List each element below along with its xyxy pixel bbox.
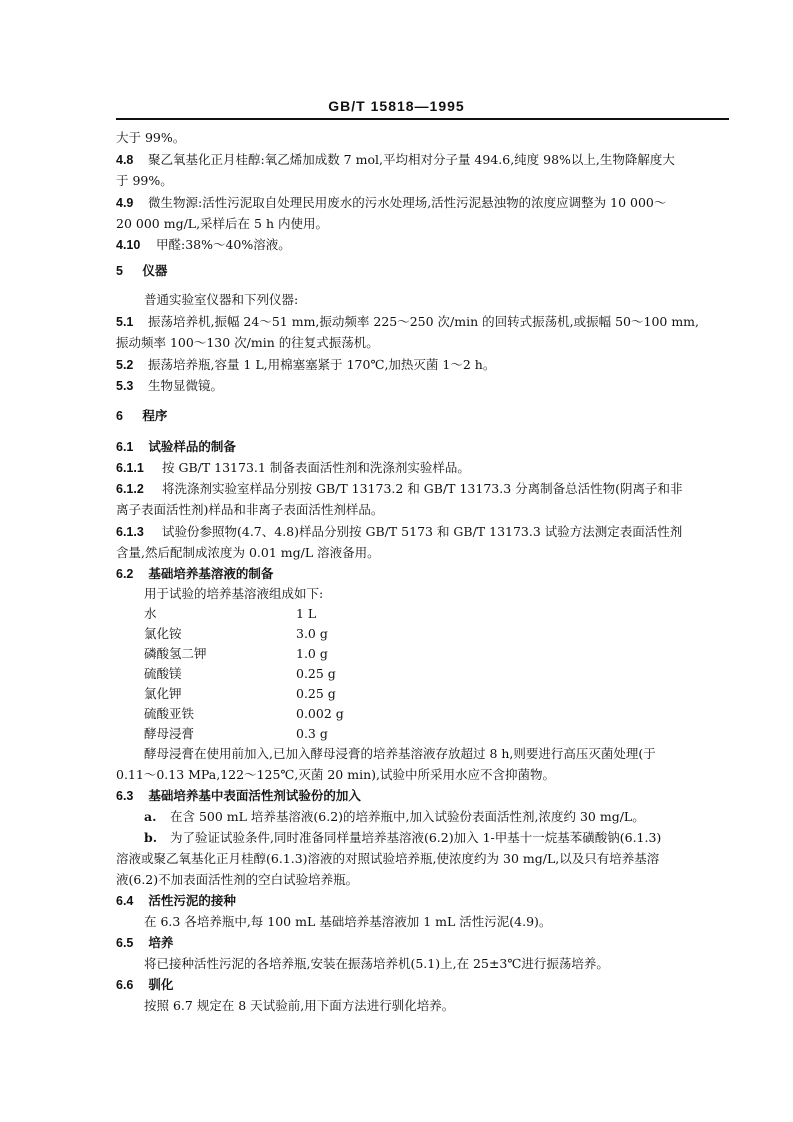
component-amount: 3.0 g (296, 626, 328, 642)
clause-number: 6.6 (116, 977, 144, 993)
text-line: 含量,然后配制成浓度为 0.01 mg/L 溶液备用。 (116, 545, 380, 561)
clause-number: 6.5 (116, 935, 144, 951)
text-line: 按照 6.7 规定在 8 天试验前,用下面方法进行驯化培养。 (144, 998, 454, 1014)
component-amount: 0.25 g (296, 686, 336, 702)
clause-number: 5.3 (116, 378, 144, 394)
text-line: 大于 99%。 (116, 130, 185, 146)
standard-code-header: GB/T 15818—1995 (0, 98, 793, 114)
clause-4-10: 4.10 甲醛:38%～40%溶液。 (116, 237, 291, 253)
clause-number: 5.1 (116, 314, 144, 330)
clause-text: 将洗涤剂实验室样品分别按 GB/T 13173.2 和 GB/T 13173.3… (162, 481, 683, 496)
section-6-heading: 6 程序 (116, 408, 167, 424)
section-5-heading: 5 仪器 (116, 263, 167, 279)
text-line: 在 6.3 各培养瓶中,每 100 mL 基础培养基溶液加 1 mL 活性污泥(… (144, 914, 551, 930)
list-item-b: b. 为了验证试验条件,同时准备同样量培养基溶液(6.2)加入 1-甲基十一烷基… (144, 830, 661, 846)
list-text: 在含 500 mL 培养基溶液(6.2)的培养瓶中,加入试验份表面活性剂,浓度约… (170, 809, 645, 824)
clause-6-3-heading: 6.3 基础培养基中表面活性剂试验份的加入 (116, 788, 361, 804)
clause-text: 微生物源:活性污泥取自处理民用废水的污水处理场,活性污泥悬浊物的浓度应调整为 1… (148, 195, 666, 210)
clause-number: 6.1 (116, 439, 144, 455)
text-line: 振动频率 100～130 次/min 的往复式振荡机。 (116, 335, 379, 351)
text-line: 将已接种活性污泥的各培养瓶,安装在振荡培养机(5.1)上,在 25±3℃进行振荡… (144, 956, 609, 972)
text-line: 液(6.2)不加表面活性剂的空白试验培养瓶。 (116, 872, 358, 888)
component-name: 硫酸镁 (144, 666, 182, 682)
component-amount: 1.0 g (296, 646, 328, 662)
text-line: 酵母浸膏在使用前加入,已加入酵母浸膏的培养基溶液存放超过 8 h,则要进行高压灭… (144, 746, 656, 762)
clause-number: 4.9 (116, 195, 144, 211)
clause-title: 基础培养基溶液的制备 (148, 566, 273, 581)
component-name: 水 (144, 606, 157, 622)
clause-6-5-heading: 6.5 培养 (116, 935, 173, 951)
clause-6-6-heading: 6.6 驯化 (116, 977, 173, 993)
text-line: 离子表面活性剂)样品和非离子表面活性剂样品。 (116, 502, 383, 518)
clause-text: 生物显微镜。 (148, 378, 223, 393)
component-amount: 1 L (296, 606, 316, 622)
clause-6-1-1: 6.1.1 按 GB/T 13173.1 制备表面活性剂和洗涤剂实验样品。 (116, 460, 470, 476)
list-label: b. (144, 830, 166, 846)
component-amount: 0.25 g (296, 666, 336, 682)
text-line: 溶液或聚乙氧基化正月桂醇(6.1.3)溶液的对照试验培养瓶,使浓度约为 30 m… (116, 851, 659, 867)
clause-text: 聚乙氧基化正月桂醇:氧乙烯加成数 7 mol,平均相对分子量 494.6,纯度 … (148, 152, 675, 167)
clause-text: 试验份参照物(4.7、4.8)样品分别按 GB/T 5173 和 GB/T 13… (162, 524, 682, 539)
clause-number: 6.3 (116, 788, 144, 804)
component-name: 硫酸亚铁 (144, 706, 194, 722)
document-page: GB/T 15818—1995 大于 99%。 4.8 聚乙氧基化正月桂醇:氧乙… (0, 0, 793, 1122)
clause-number: 6.1.3 (116, 524, 158, 540)
clause-number: 5.2 (116, 357, 144, 373)
section-number: 5 (116, 263, 138, 279)
clause-number: 6.1.1 (116, 460, 158, 476)
clause-title: 培养 (148, 935, 173, 950)
text-line: 普通实验室仪器和下列仪器: (144, 292, 298, 308)
clause-4-9: 4.9 微生物源:活性污泥取自处理民用废水的污水处理场,活性污泥悬浊物的浓度应调… (116, 195, 666, 211)
clause-title: 驯化 (148, 977, 173, 992)
list-item-a: a. 在含 500 mL 培养基溶液(6.2)的培养瓶中,加入试验份表面活性剂,… (144, 809, 645, 825)
text-line: 用于试验的培养基溶液组成如下: (144, 586, 323, 602)
component-name: 磷酸氢二钾 (144, 646, 207, 662)
clause-number: 6.2 (116, 566, 144, 582)
clause-text: 甲醛:38%～40%溶液。 (156, 237, 291, 252)
clause-number: 4.10 (116, 237, 152, 253)
section-title: 仪器 (142, 263, 167, 278)
list-text: 为了验证试验条件,同时准备同样量培养基溶液(6.2)加入 1-甲基十一烷基苯磺酸… (170, 830, 661, 845)
clause-4-8: 4.8 聚乙氧基化正月桂醇:氧乙烯加成数 7 mol,平均相对分子量 494.6… (116, 152, 675, 168)
section-title: 程序 (142, 408, 167, 423)
clause-title: 试验样品的制备 (148, 439, 236, 454)
text-line: 20 000 mg/L,采样后在 5 h 内使用。 (116, 216, 328, 232)
clause-5-1: 5.1 振荡培养机,振幅 24～51 mm,振动频率 225～250 次/min… (116, 314, 699, 330)
header-rule (116, 118, 729, 120)
clause-number: 4.8 (116, 152, 144, 168)
clause-number: 6.1.2 (116, 481, 158, 497)
text-line: 于 99%。 (116, 173, 173, 189)
component-name: 氯化铵 (144, 626, 182, 642)
clause-6-1-2: 6.1.2 将洗涤剂实验室样品分别按 GB/T 13173.2 和 GB/T 1… (116, 481, 683, 497)
component-amount: 0.3 g (296, 726, 328, 742)
clause-5-3: 5.3 生物显微镜。 (116, 378, 223, 394)
section-number: 6 (116, 408, 138, 424)
clause-5-2: 5.2 振荡培养瓶,容量 1 L,用棉塞塞紧于 170℃,加热灭菌 1～2 h。 (116, 357, 495, 373)
clause-title: 基础培养基中表面活性剂试验份的加入 (148, 788, 361, 803)
component-amount: 0.002 g (296, 706, 344, 722)
clause-number: 6.4 (116, 893, 144, 909)
list-label: a. (144, 809, 166, 825)
clause-text: 振荡培养瓶,容量 1 L,用棉塞塞紧于 170℃,加热灭菌 1～2 h。 (148, 357, 495, 372)
clause-6-2-heading: 6.2 基础培养基溶液的制备 (116, 566, 273, 582)
clause-6-1-3: 6.1.3 试验份参照物(4.7、4.8)样品分别按 GB/T 5173 和 G… (116, 524, 682, 540)
component-name: 酵母浸膏 (144, 726, 194, 742)
clause-text: 振荡培养机,振幅 24～51 mm,振动频率 225～250 次/min 的回转… (148, 314, 699, 329)
component-name: 氯化钾 (144, 686, 182, 702)
text-line: 0.11～0.13 MPa,122～125℃,灭菌 20 min),试验中所采用… (116, 767, 555, 783)
clause-text: 按 GB/T 13173.1 制备表面活性剂和洗涤剂实验样品。 (162, 460, 470, 475)
clause-6-4-heading: 6.4 活性污泥的接种 (116, 893, 236, 909)
clause-title: 活性污泥的接种 (148, 893, 236, 908)
clause-6-1-heading: 6.1 试验样品的制备 (116, 439, 236, 455)
